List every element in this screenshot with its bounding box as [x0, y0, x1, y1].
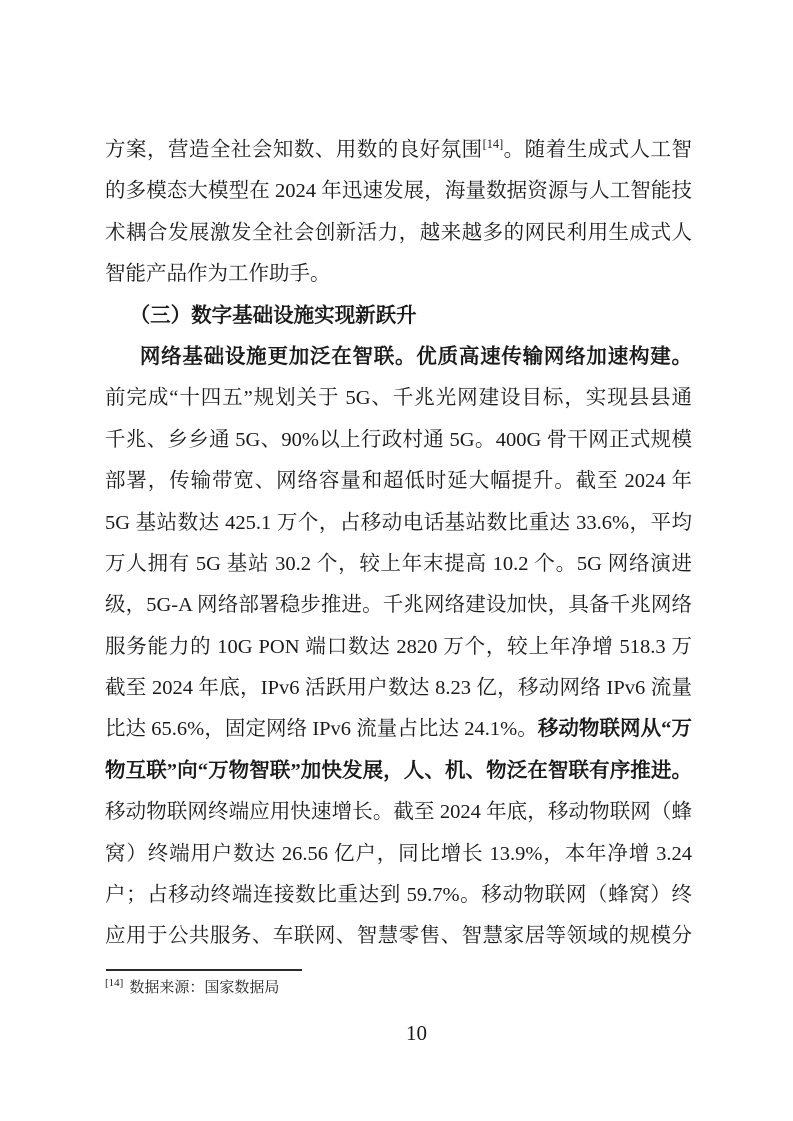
footnote-separator [106, 969, 302, 971]
text-line: 应用于公共服务、车联网、智慧零售、智慧家居等领域的规模分别 [105, 916, 692, 957]
text-run: 千兆、乡乡通 5G、90%以上行政村通 5G。400G 骨干网正式规模化 [105, 429, 692, 461]
text-line: 级，5G-A 网络部署稳步推进。千兆网络建设加快，具备千兆网络 [105, 585, 692, 626]
text-run: 网络基础设施更加泛在智联。优质高速传输网络加速构建。 [140, 346, 692, 368]
text-run: 应用于公共服务、车联网、智慧零售、智慧家居等领域的规模分别 [105, 925, 692, 957]
footnote-ref: [14] [483, 137, 504, 151]
footnote-text: 数据来源：国家数据局 [129, 980, 279, 996]
text-line: 方案，营造全社会知数、用数的良好氛围[14]。随着生成式人工智能 [105, 130, 692, 171]
text-line: 万人拥有 5G 基站 30.2 个，较上年末提高 10.2 个。5G 网络演进升 [105, 544, 692, 585]
text-run: 比达 65.6%，固定网络 IPv6 流量占比达 24.1%。 [105, 718, 538, 740]
text-run: 服务能力的 10G PON 端口数达 2820 万个，较上年净增 518.3 万… [105, 636, 692, 668]
text-run: 物互联”向“万物智联”加快发展，人、机、物泛在智联有序推进。 [105, 760, 692, 782]
text-line: 网络基础设施更加泛在智联。优质高速传输网络加速构建。提 [105, 337, 692, 378]
text-run: 智能产品作为工作助手。 [105, 263, 331, 285]
text-line: 移动物联网终端应用快速增长。截至 2024 年底，移动物联网（蜂 [105, 792, 692, 833]
text-line: 前完成“十四五”规划关于 5G、千兆光网建设目标，实现县县通 [105, 378, 692, 419]
text-line: 智能产品作为工作助手。 [105, 254, 692, 295]
text-run: 5G 基站数达 425.1 万个，占移动电话基站数比重达 33.6%，平均每 [105, 512, 692, 544]
footnote-marker: [14] [105, 977, 123, 989]
text-line: 截至 2024 年底，IPv6 活跃用户数达 8.23 亿，移动网络 IPv6 … [105, 668, 692, 709]
text-line: 比达 65.6%，固定网络 IPv6 流量占比达 24.1%。移动物联网从“万 [105, 709, 692, 750]
text-run: （三）数字基础设施实现新跃升 [130, 305, 417, 327]
text-line: 的多模态大模型在 2024 年迅速发展，海量数据资源与人工智能技 [105, 171, 692, 212]
text-run: 移动物联网终端应用快速增长。截至 2024 年底，移动物联网（蜂 [105, 801, 692, 823]
text-line: 服务能力的 10G PON 端口数达 2820 万个，较上年净增 518.3 万… [105, 627, 692, 668]
text-line: 物互联”向“万物智联”加快发展，人、机、物泛在智联有序推进。 [105, 751, 692, 792]
document-page: 方案，营造全社会知数、用数的良好氛围[14]。随着生成式人工智能的多模态大模型在… [0, 0, 793, 1121]
text-run: 移动物联网从“万 [538, 718, 692, 740]
text-line: 5G 基站数达 425.1 万个，占移动电话基站数比重达 33.6%，平均每 [105, 503, 692, 544]
text-run: 窝）终端用户数达 26.56 亿户，同比增长 13.9%，本年净增 3.24 亿 [105, 843, 692, 875]
text-line: 部署，传输带宽、网络容量和超低时延大幅提升。截至 2024 年底， [105, 461, 692, 502]
text-line: 户；占移动终端连接数比重达到 59.7%。移动物联网（蜂窝）终端 [105, 875, 692, 916]
text-run: 万人拥有 5G 基站 30.2 个，较上年末提高 10.2 个。5G 网络演进升 [105, 553, 692, 585]
page-number: 10 [20, 1021, 793, 1046]
text-run: 方案，营造全社会知数、用数的良好氛围 [105, 139, 483, 161]
text-run: 的多模态大模型在 2024 年迅速发展，海量数据资源与人工智能技 [105, 180, 692, 202]
document-body: 方案，营造全社会知数、用数的良好氛围[14]。随着生成式人工智能的多模态大模型在… [105, 130, 692, 958]
text-line: 窝）终端用户数达 26.56 亿户，同比增长 13.9%，本年净增 3.24 亿 [105, 834, 692, 875]
text-line: 千兆、乡乡通 5G、90%以上行政村通 5G。400G 骨干网正式规模化 [105, 420, 692, 461]
text-run: 术耦合发展激发全社会创新活力，越来越多的网民利用生成式人工 [105, 222, 692, 254]
text-run: 级，5G-A 网络部署稳步推进。千兆网络建设加快，具备千兆网络 [105, 594, 692, 616]
text-run: 截至 2024 年底，IPv6 活跃用户数达 8.23 亿，移动网络 IPv6 … [105, 677, 692, 709]
footnote: [14]数据来源：国家数据局 [105, 977, 692, 999]
text-run: 户；占移动终端连接数比重达到 59.7%。移动物联网（蜂窝）终端 [105, 884, 692, 916]
text-line: 术耦合发展激发全社会创新活力，越来越多的网民利用生成式人工 [105, 213, 692, 254]
text-run: 前完成“十四五”规划关于 5G、千兆光网建设目标，实现县县通 [105, 387, 692, 409]
text-run: 部署，传输带宽、网络容量和超低时延大幅提升。截至 2024 年底， [105, 470, 692, 502]
section-heading: （三）数字基础设施实现新跃升 [105, 296, 692, 337]
